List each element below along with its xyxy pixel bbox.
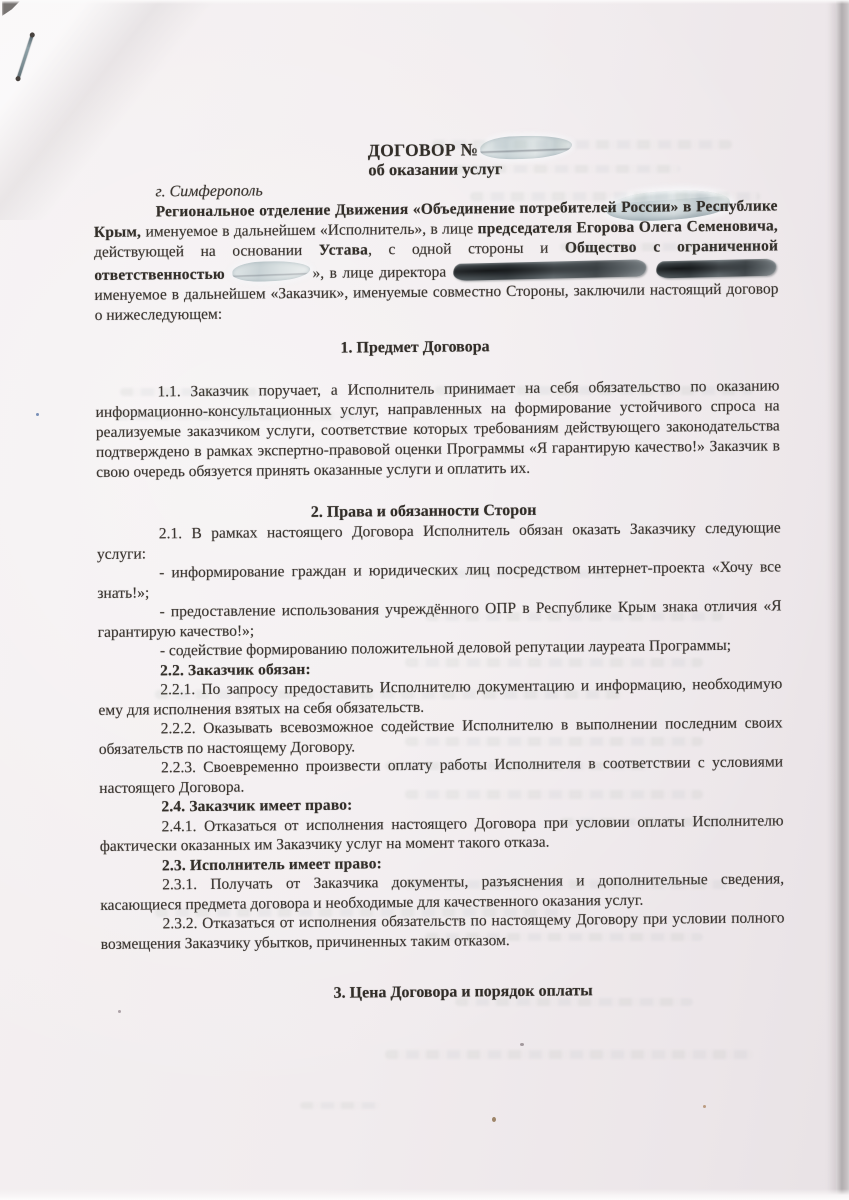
text-run: 2.2.2. Оказывать всевозможное содействие… — [99, 714, 783, 757]
section-heading: 1. Предмет Договора — [95, 334, 779, 361]
paper-speck — [118, 1010, 121, 1013]
paper-speck — [520, 1043, 524, 1046]
redaction-mark-dark — [656, 259, 776, 279]
contract-paragraph: 2.2.1. По запросу предоставить Исполните… — [98, 674, 782, 720]
text-run: 2.3.1. Получать от Заказчика документы, … — [100, 870, 784, 913]
text-run: именуемое в дальнейшем «Заказчик», имену… — [94, 280, 778, 324]
scan-edge-top — [0, 0, 849, 4]
contract-title: ДОГОВОР № — [368, 139, 479, 160]
text-run: - информирование граждан и юридических л… — [97, 558, 781, 601]
text-run: , с одной стороны и — [368, 239, 565, 258]
text-run: », в лице директора — [312, 264, 451, 282]
redaction-mark-dark — [454, 259, 647, 281]
text-run: 2.4. Заказчик имеет право: — [161, 797, 352, 816]
redaction-contract-number — [480, 134, 573, 160]
bleed-through-artifact — [300, 1102, 380, 1109]
contract-paragraph: 2.1. В рамках настоящего Договора Исполн… — [97, 518, 781, 564]
text-run: председателя Егорова Олега Семеновича, — [478, 217, 778, 237]
text-run — [649, 262, 655, 279]
paper-speck — [492, 1117, 496, 1122]
contract-paragraph: 2.4.1. Отказаться от исполнения настояще… — [100, 811, 784, 857]
contract-paragraph: 2.2.3. Своевременно произвести оплату ра… — [99, 752, 783, 798]
text-run: именуемое в дальнейшем «Исполнитель», в … — [145, 220, 477, 240]
text-run: 2.3.2. Отказаться от исполнения обязател… — [101, 909, 785, 952]
text-run: 2.2.1. По запросу предоставить Исполните… — [98, 675, 782, 718]
text-run: - предоставление использования учреждённ… — [98, 597, 782, 640]
contract-section: 3. Цена Договора и порядок оплаты — [101, 979, 785, 1006]
text-run: 2.3. Исполнитель имеет право: — [162, 855, 382, 874]
text-run: 1.1. Заказчик поручает, а Исполнитель пр… — [96, 377, 781, 481]
contract-paragraph: 1.1. Заказчик поручает, а Исполнитель пр… — [95, 376, 780, 483]
text-run: Устава — [319, 241, 368, 258]
redaction-mark-whiteout — [232, 260, 311, 283]
contract-section: 1. Предмет Договора1.1. Заказчик поручае… — [95, 334, 780, 483]
contract-paragraph: 2.3.1. Получать от Заказчика документы, … — [100, 869, 784, 915]
scan-edge-bottom — [0, 1189, 849, 1200]
contract-paragraph: Региональное отделение Движения «Объедин… — [94, 196, 779, 326]
paper-speck — [36, 413, 39, 416]
text-run: 2.1. В рамках настоящего Договора Исполн… — [97, 519, 781, 562]
text-run: 2.2. Заказчик обязан: — [160, 660, 311, 678]
contract-paragraph: 2.2.2. Оказывать всевозможное содействие… — [99, 713, 783, 759]
contract-paragraph: - предоставление использования учреждённ… — [97, 596, 781, 642]
contract-paragraph: 2.3.2. Отказаться от исполнения обязател… — [100, 908, 784, 954]
paper-speck — [703, 1105, 706, 1108]
staple — [16, 34, 33, 80]
contract-section: 2. Права и обязанности Сторон2.1. В рамк… — [97, 498, 785, 954]
scan-edge-right — [836, 0, 849, 1200]
scanned-contract-page: ДОГОВОР № об оказании услуг г. Симферопо… — [0, 0, 849, 1200]
text-run: 2.4.1. Отказаться от исполнения настояще… — [100, 812, 784, 855]
contract-content: ДОГОВОР № об оказании услуг г. Симферопо… — [93, 133, 785, 1006]
text-run: - содействие формированию положительной … — [160, 637, 731, 659]
document-body: Региональное отделение Движения «Объедин… — [94, 196, 786, 1006]
text-run: 2.2.3. Своевременно произвести оплату ра… — [99, 753, 783, 796]
contract-paragraph: - информирование граждан и юридических л… — [97, 557, 781, 603]
section-heading: 3. Цена Договора и порядок оплаты — [101, 979, 785, 1006]
bleed-through-artifact — [385, 1050, 753, 1059]
text-run: действующей на основании — [94, 242, 319, 261]
